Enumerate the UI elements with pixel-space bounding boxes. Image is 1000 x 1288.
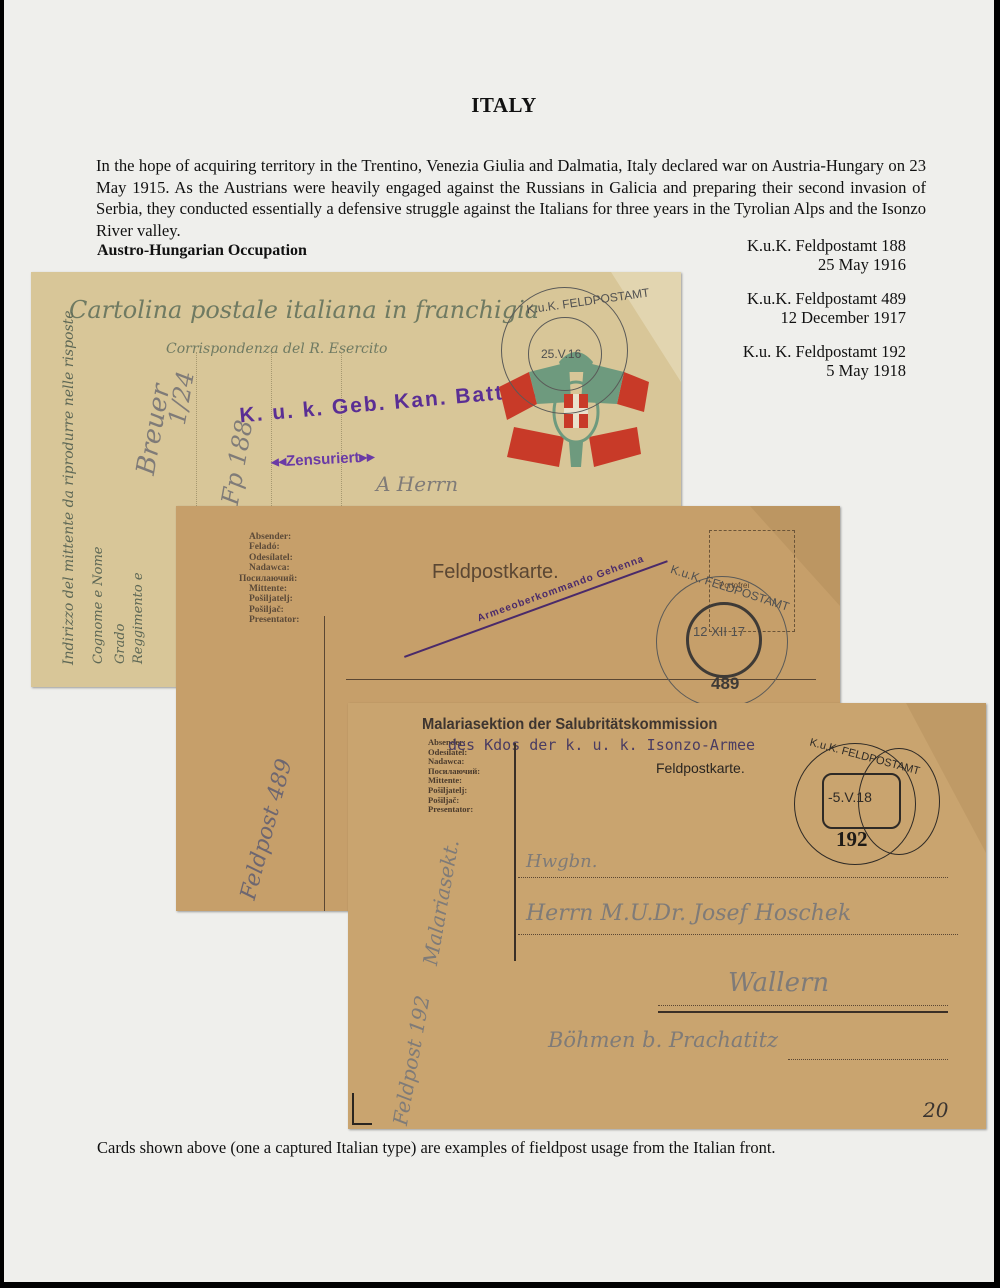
- postmark-entry: K.u. K. Feldpostamt 192 5 May 1918: [743, 342, 906, 380]
- sender-label: Mittente:: [249, 584, 299, 594]
- field-label: Cognome e Nome: [91, 547, 106, 665]
- page-title: ITALY: [4, 93, 1000, 118]
- header-cachet: Malariasektion der Salubritätskommission: [422, 716, 717, 734]
- postmark-number: 192: [836, 827, 868, 852]
- postmark-date: 12 XII 17: [693, 624, 745, 639]
- sender-label: Pošiljač:: [249, 605, 299, 615]
- section-heading: Austro-Hungarian Occupation: [97, 242, 307, 260]
- postmark-date: 5 May 1918: [743, 361, 906, 380]
- corner-mark: [352, 1123, 372, 1125]
- card-title: Cartolina postale italiana in franchigia: [69, 296, 539, 324]
- postmark-office: K.u.K. Feldpostamt 188: [743, 236, 906, 255]
- postmark-entry: K.u.K. Feldpostamt 188 25 May 1916: [743, 236, 906, 274]
- card-subtitle: Corrispondenza del R. Esercito: [166, 341, 387, 357]
- handwriting: Fp 188: [216, 418, 258, 507]
- address-dotted-line: [518, 877, 948, 878]
- corner-mark: [352, 1093, 354, 1123]
- handwriting: Feldpost 489: [236, 756, 298, 902]
- sender-label: Absender:: [249, 532, 299, 542]
- card-title: Feldpostkarte.: [656, 760, 745, 776]
- postmark-date: 12 December 1917: [743, 308, 906, 327]
- sender-handwriting: Feldpost 192: [388, 993, 434, 1127]
- sender-handwriting: Malariasekt.: [418, 838, 464, 967]
- sender-label: Presentator:: [249, 615, 299, 625]
- sender-label: Odesílatel:: [249, 553, 299, 563]
- postmark-entry: K.u.K. Feldpostamt 489 12 December 1917: [743, 289, 906, 327]
- address-line: Böhmen b. Prachatitz: [548, 1028, 778, 1052]
- postmark-date: 25 May 1916: [743, 255, 906, 274]
- address-underline: [658, 1011, 948, 1013]
- postmark-list: K.u.K. Feldpostamt 188 25 May 1916 K.u.K…: [743, 236, 906, 395]
- handwriting: 1/24: [163, 369, 200, 427]
- postmark-number: 489: [711, 674, 739, 694]
- sender-label: Presentator:: [428, 805, 480, 815]
- postmark-office: K.u. K. Feldpostamt 192: [743, 342, 906, 361]
- divider-line: [514, 743, 516, 961]
- page-number: 20: [923, 1098, 948, 1122]
- address-line: Wallern: [728, 968, 829, 998]
- sender-label: Feladó:: [249, 542, 299, 552]
- card-title: Feldpostkarte.: [432, 561, 559, 584]
- sender-label: Pošiljatelj:: [249, 594, 299, 604]
- page-caption: Cards shown above (one a captured Italia…: [97, 1138, 776, 1158]
- postmark-date: 25.V.16: [541, 347, 581, 361]
- address-line: Hwgbn.: [526, 851, 597, 872]
- postmark-date: -5.V.18: [828, 789, 872, 805]
- postmark-office: K.u.K. Feldpostamt 489: [743, 289, 906, 308]
- album-page: ITALY In the hope of acquiring territory…: [4, 0, 994, 1282]
- sender-labels: Absender: Feladó: Odesílatel: Nadawca: П…: [249, 532, 299, 626]
- vertical-label: Indirizzo del mittente da riprodurre nel…: [61, 310, 77, 665]
- address-dotted-line: [518, 934, 958, 935]
- censor-cachet: ◂◂Zensuriert▸▸: [271, 447, 375, 470]
- intro-paragraph: In the hope of acquiring territory in th…: [96, 155, 926, 241]
- field-label: Reggimento e: [131, 572, 146, 664]
- handwriting: A Herrn: [376, 472, 458, 496]
- address-line: Herrn M.U.Dr. Josef Hoschek: [526, 901, 851, 926]
- sub-cachet: des Kdos der k. u. k. Isonzo-Armee: [448, 736, 755, 754]
- address-dotted-line: [788, 1059, 948, 1060]
- sender-label: Nadawca:: [249, 563, 299, 573]
- censor-text: Zensuriert: [286, 449, 360, 470]
- sender-label: Посилаючий:: [239, 574, 299, 584]
- postmark-inner-ring: [686, 602, 762, 678]
- divider-line: [324, 616, 325, 911]
- field-label: Grado: [113, 624, 128, 665]
- feldpost-192-card: Malariasektion der Salubritätskommission…: [348, 703, 986, 1129]
- address-dotted-line: [658, 1005, 948, 1006]
